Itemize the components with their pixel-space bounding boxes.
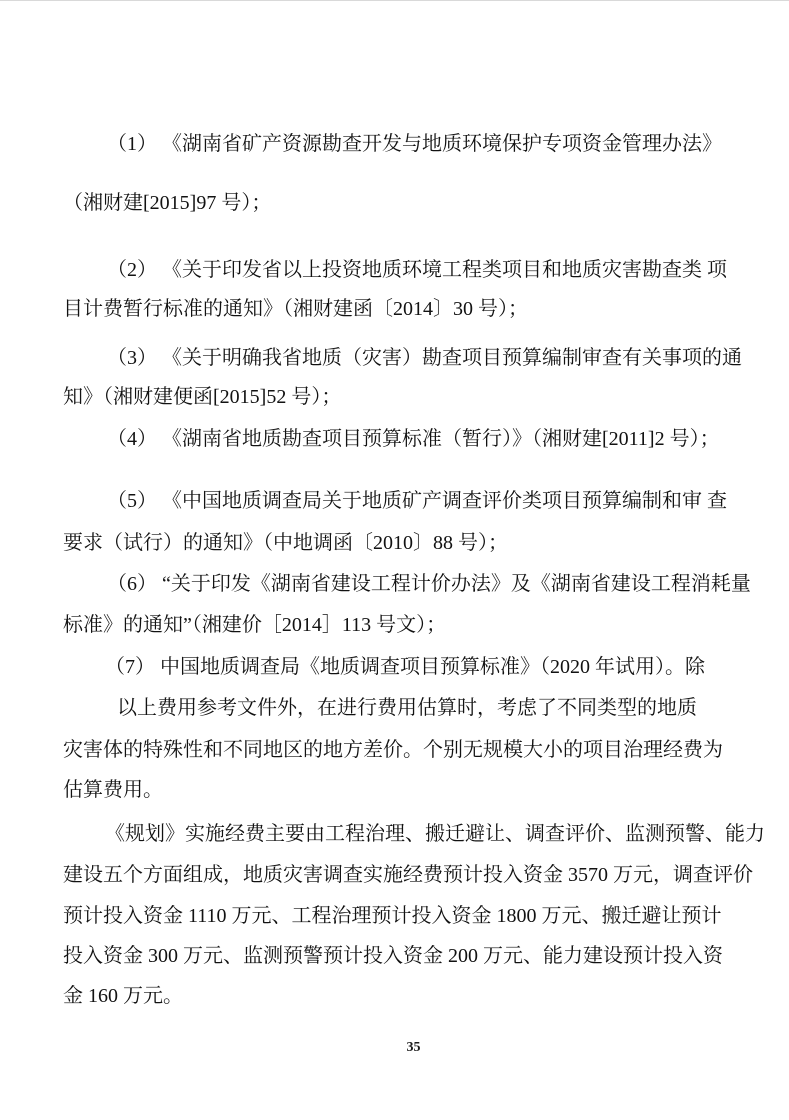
- text-line-2: （湘财建[2015]97 号）；: [63, 192, 271, 215]
- text-line-14: 灾害体的特殊性和不同地区的地方差价。个别无规模大小的项目治理经费为: [63, 739, 723, 762]
- text-line-16: 《规划》实施经费主要由工程治理、搬迁避让、调查评价、监测预警、能力: [105, 823, 765, 846]
- text-line-11: 标准》的通知”（湘建价［2014］113 号文）；: [63, 614, 446, 637]
- text-line-10: （6） “关于印发《湖南省建设工程计价办法》及《湖南省建设工程消耗量: [107, 573, 751, 596]
- page-number: 35: [19, 1040, 789, 1056]
- text-line-20: 金 160 万元。: [63, 985, 183, 1008]
- document-page: （1） 《湖南省矿产资源勘查开发与地质环境保护专项资金管理办法》 （湘财建[20…: [0, 0, 789, 1120]
- text-line-1: （1） 《湖南省矿产资源勘查开发与地质环境保护专项资金管理办法》: [107, 133, 722, 156]
- text-line-13: 以上费用参考文件外，在进行费用估算时，考虑了不同类型的地质: [117, 697, 697, 720]
- text-line-6: 知》（湘财建便函[2015]52 号）；: [63, 386, 341, 409]
- text-line-17: 建设五个方面组成，地质灾害调查实施经费预计投入资金 3570 万元，调查评价: [63, 864, 753, 887]
- text-line-9: 要求（试行）的通知》（中地调函〔2010〕88 号）；: [63, 532, 508, 555]
- text-line-7: （4） 《湖南省地质勘查项目预算标准（暂行）》（湘财建[2011]2 号）；: [107, 428, 720, 451]
- text-line-19: 投入资金 300 万元、监测预警预计投入资金 200 万元、能力建设预计投入资: [63, 945, 723, 968]
- text-line-4: 目计费暂行标准的通知》（湘财建函〔2014〕30 号）；: [63, 298, 528, 321]
- text-line-8: （5） 《中国地质调查局关于地质矿产调查评价类项目预算编制和审 查: [107, 490, 727, 513]
- text-line-18: 预计投入资金 1110 万元、工程治理预计投入资金 1800 万元、搬迁避让预计: [63, 905, 722, 928]
- text-line-5: （3） 《关于明确我省地质（灾害）勘查项目预算编制审查有关事项的通: [107, 347, 742, 370]
- text-line-15: 估算费用。: [63, 779, 163, 802]
- text-line-3: （2） 《关于印发省以上投资地质环境工程类项目和地质灾害勘查类 项: [107, 259, 727, 282]
- scan-edge-line: [0, 0, 789, 1]
- text-line-12: （7） 中国地质调查局《地质调查项目预算标准》（2020 年试用）。除: [105, 656, 705, 679]
